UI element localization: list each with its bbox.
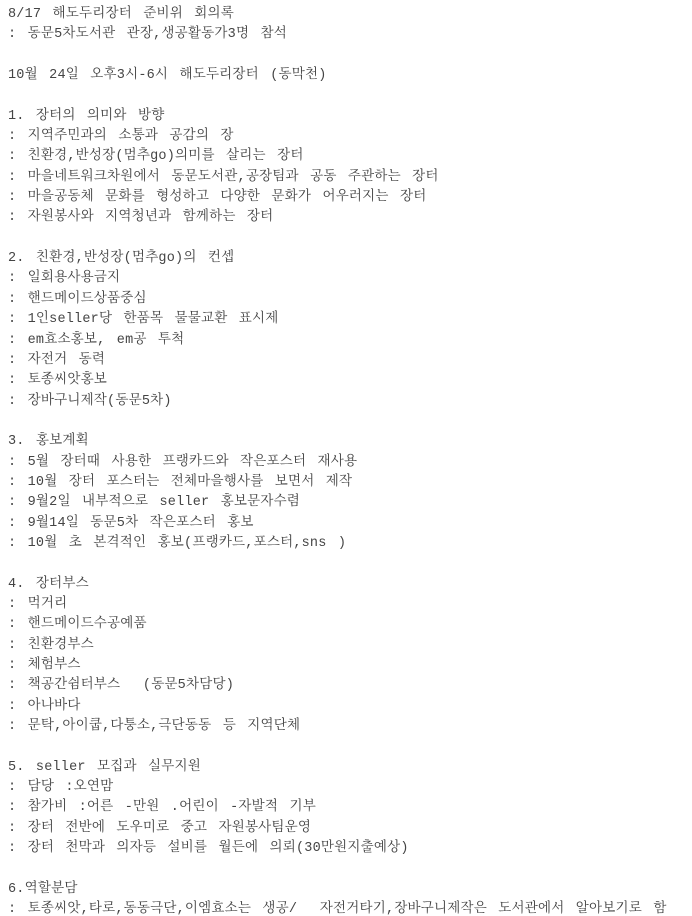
document-title: 8/17 해도두리장터 준비위 회의록 bbox=[8, 5, 688, 25]
section-2-item: : 핸드메이드상품중심 bbox=[8, 290, 688, 310]
paragraph-event-info: 10월 24일 오후3시-6시 해도두리장터 (동막천) bbox=[8, 66, 688, 86]
section-5-heading: 5. seller 모집과 실무지원 bbox=[8, 758, 688, 778]
section-4-item: : 아나바다 bbox=[8, 697, 688, 717]
section-1-item: : 자원봉사와 지역청년과 함께하는 장터 bbox=[8, 208, 688, 228]
section-4-item: : 책공간쉼터부스 (동문5차담당) bbox=[8, 676, 688, 696]
meeting-notes-document: 8/17 해도두리장터 준비위 회의록 : 동문5차도서관 관장,생공활동가3명… bbox=[0, 0, 692, 916]
paragraph-section-4: 4. 장터부스 : 먹거리 : 핸드메이드수공예품 : 친환경부스 : 체험부스… bbox=[8, 575, 688, 738]
section-4-item: : 핸드메이드수공예품 bbox=[8, 615, 688, 635]
section-2-item: : 장바구니제작(동문5차) bbox=[8, 392, 688, 412]
paragraph-section-3: 3. 홍보계획 : 5월 장터때 사용한 프랭카드와 작은포스터 재사용 : 1… bbox=[8, 432, 688, 554]
section-2-item: : 자전거 동력 bbox=[8, 351, 688, 371]
section-2-item: : 토종씨앗홍보 bbox=[8, 371, 688, 391]
section-4-heading: 4. 장터부스 bbox=[8, 575, 688, 595]
section-5-item: : 참가비 :어른 -만원 .어린이 -자발적 기부 bbox=[8, 798, 688, 818]
section-2-heading: 2. 친환경,반성장(멈추go)의 컨셉 bbox=[8, 249, 688, 269]
event-datetime-line: 10월 24일 오후3시-6시 해도두리장터 (동막천) bbox=[8, 66, 688, 86]
section-5-item: : 장터 전반에 도우미로 중고 자원봉사팀운영 bbox=[8, 819, 688, 839]
paragraph-section-5: 5. seller 모집과 실무지원 : 담당 :오연맘 : 참가비 :어른 -… bbox=[8, 758, 688, 860]
attendees-line: : 동문5차도서관 관장,생공활동가3명 참석 bbox=[8, 25, 688, 45]
section-4-item: : 문탁,아이쿱,다퉁소,극단동동 등 지역단체 bbox=[8, 717, 688, 737]
section-3-heading: 3. 홍보계획 bbox=[8, 432, 688, 452]
section-1-item: : 마을공동체 문화를 형성하고 다양한 문화가 어우러지는 장터 bbox=[8, 188, 688, 208]
section-4-item: : 친환경부스 bbox=[8, 636, 688, 656]
section-3-item: : 9월2일 내부적으로 seller 홍보문자수렴 bbox=[8, 493, 688, 513]
section-1-heading: 1. 장터의 의미와 방향 bbox=[8, 107, 688, 127]
section-3-item: : 10월 장터 포스터는 전체마을행사를 보면서 제작 bbox=[8, 473, 688, 493]
paragraph-section-2: 2. 친환경,반성장(멈추go)의 컨셉 : 일회용사용금지 : 핸드메이드상품… bbox=[8, 249, 688, 412]
section-1-item: : 지역주민과의 소통과 공감의 장 bbox=[8, 127, 688, 147]
section-2-item: : em효소홍보, em공 투척 bbox=[8, 331, 688, 351]
section-4-item: : 체험부스 bbox=[8, 656, 688, 676]
paragraph-section-6: 6.역할분담 : 토종씨앗,타로,동동극단,이엠효소는 생공/ 자전거타기,장바… bbox=[8, 880, 688, 916]
section-3-item: : 9월14일 동문5차 작은포스터 홍보 bbox=[8, 514, 688, 534]
section-4-item: : 먹거리 bbox=[8, 595, 688, 615]
section-5-item: : 담당 :오연맘 bbox=[8, 778, 688, 798]
section-3-item: : 5월 장터때 사용한 프랭카드와 작은포스터 재사용 bbox=[8, 453, 688, 473]
section-1-item: : 친환경,반성장(멈추go)의미를 살리는 장터 bbox=[8, 147, 688, 167]
paragraph-section-1: 1. 장터의 의미와 방향 : 지역주민과의 소통과 공감의 장 : 친환경,반… bbox=[8, 107, 688, 229]
section-6-item: : 토종씨앗,타로,동동극단,이엠효소는 생공/ 자전거타기,장바구니제작은 도… bbox=[8, 900, 688, 916]
section-3-item: : 10월 초 본격적인 홍보(프랭카드,포스터,sns ) bbox=[8, 534, 688, 554]
section-1-item: : 마을네트워크차원에서 동문도서관,공장팀과 공동 주관하는 장터 bbox=[8, 168, 688, 188]
section-2-item: : 일회용사용금지 bbox=[8, 269, 688, 289]
section-6-heading: 6.역할분담 bbox=[8, 880, 688, 900]
section-2-item: : 1인seller당 한품목 물물교환 표시제 bbox=[8, 310, 688, 330]
paragraph-header: 8/17 해도두리장터 준비위 회의록 : 동문5차도서관 관장,생공활동가3명… bbox=[8, 5, 688, 46]
section-5-item: : 장터 천막과 의자등 설비를 월든에 의뢰(30만원지출예상) bbox=[8, 839, 688, 859]
